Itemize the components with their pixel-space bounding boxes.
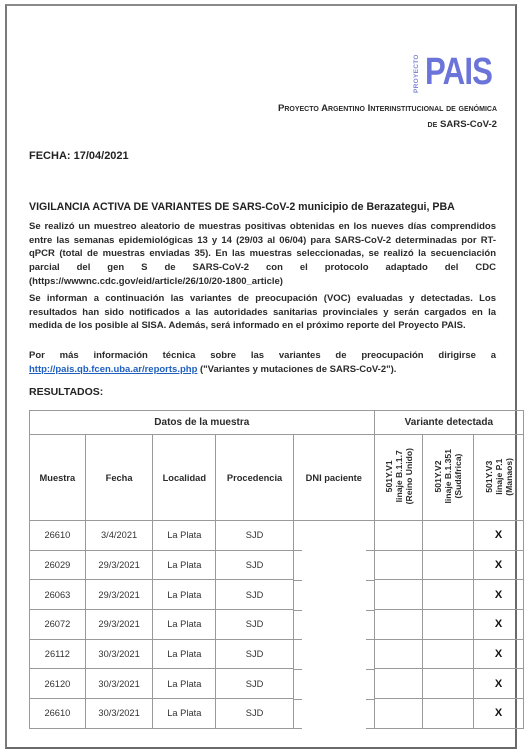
table-row: 2607229/3/2021La PlataSJDX <box>30 610 524 640</box>
cell-localidad: La Plata <box>153 639 216 669</box>
cell-localidad: La Plata <box>153 669 216 699</box>
logo-name: PAIS <box>425 50 492 94</box>
cell-muestra: 26610 <box>30 521 86 551</box>
table-row: 2661030/3/2021La PlataSJDX <box>30 699 524 729</box>
cell-v1 <box>374 550 423 580</box>
table-row: 2612030/3/2021La PlataSJDX <box>30 669 524 699</box>
cell-v2 <box>423 699 474 729</box>
more-info-text: Por más información técnica sobre las va… <box>29 350 496 361</box>
cell-muestra: 26610 <box>30 699 86 729</box>
cell-dni <box>293 639 374 669</box>
col-header-dni: DNI paciente <box>293 435 374 521</box>
cell-v2 <box>423 610 474 640</box>
cell-v2 <box>423 669 474 699</box>
cell-localidad: La Plata <box>153 699 216 729</box>
cell-v1 <box>374 699 423 729</box>
cell-muestra: 26029 <box>30 550 86 580</box>
cell-v3: X <box>474 580 524 610</box>
cell-v3: X <box>474 669 524 699</box>
report-title: VIGILANCIA ACTIVA DE VARIANTES DE SARS-C… <box>29 201 455 213</box>
col-header-localidad: Localidad <box>153 435 216 521</box>
cell-dni <box>293 550 374 580</box>
cell-procedencia: SJD <box>216 521 294 551</box>
group-header-sample: Datos de la muestra <box>30 411 375 435</box>
cell-v1 <box>374 580 423 610</box>
cell-localidad: La Plata <box>153 521 216 551</box>
cell-v2 <box>423 639 474 669</box>
cell-localidad: La Plata <box>153 550 216 580</box>
cell-localidad: La Plata <box>153 580 216 610</box>
pais-logo: PROYECTO PAIS <box>413 50 493 98</box>
cell-dni <box>293 699 374 729</box>
cell-fecha: 3/4/2021 <box>85 521 153 551</box>
cell-dni <box>293 580 374 610</box>
reports-link[interactable]: http://pais.qb.fcen.uba.ar/reports.php <box>29 364 197 375</box>
cell-procedencia: SJD <box>216 699 294 729</box>
col-header-variant-v2: 501Y.V2 linaje B.1.351 (Sudáfrica) <box>423 435 474 521</box>
cell-v3: X <box>474 610 524 640</box>
cell-muestra: 26063 <box>30 580 86 610</box>
cell-v1 <box>374 669 423 699</box>
cell-fecha: 29/3/2021 <box>85 550 153 580</box>
cell-procedencia: SJD <box>216 550 294 580</box>
paragraph-more-info: Por más información técnica sobre las va… <box>29 349 496 376</box>
cell-localidad: La Plata <box>153 610 216 640</box>
cell-procedencia: SJD <box>216 610 294 640</box>
cell-v2 <box>423 521 474 551</box>
cell-muestra: 26112 <box>30 639 86 669</box>
cell-dni <box>293 521 374 551</box>
col-header-fecha: Fecha <box>85 435 153 521</box>
col-header-muestra: Muestra <box>30 435 86 521</box>
cell-dni <box>293 610 374 640</box>
table-row: 2606329/3/2021La PlataSJDX <box>30 580 524 610</box>
cell-v2 <box>423 580 474 610</box>
organization-name: Proyecto Argentino Interinstitucional de… <box>278 101 497 133</box>
table-row: 2602929/3/2021La PlataSJDX <box>30 550 524 580</box>
cell-muestra: 26120 <box>30 669 86 699</box>
cell-v3: X <box>474 521 524 551</box>
cell-procedencia: SJD <box>216 639 294 669</box>
cell-fecha: 30/3/2021 <box>85 669 153 699</box>
cell-v2 <box>423 550 474 580</box>
report-date: FECHA: 17/04/2021 <box>29 150 129 162</box>
paragraph-methodology: Se realizó un muestreo aleatorio de mues… <box>29 220 496 289</box>
group-header-variant: Variante detectada <box>374 411 523 435</box>
cell-fecha: 30/3/2021 <box>85 699 153 729</box>
col-header-procedencia: Procedencia <box>216 435 294 521</box>
paragraph-voc-info: Se informan a continuación las variantes… <box>29 292 496 333</box>
cell-muestra: 26072 <box>30 610 86 640</box>
cell-v1 <box>374 521 423 551</box>
cell-procedencia: SJD <box>216 580 294 610</box>
cell-v3: X <box>474 639 524 669</box>
cell-v3: X <box>474 699 524 729</box>
col-header-variant-v1: 501Y.V1 linaje B.1.1.7 (Reino Unido) <box>374 435 423 521</box>
cell-v1 <box>374 639 423 669</box>
org-line-2-prefix: de <box>428 119 438 130</box>
more-info-suffix: ("Variantes y mutaciones de SARS-CoV-2")… <box>197 364 396 375</box>
results-table: Datos de la muestra Variante detectada M… <box>29 410 524 729</box>
org-line-1: Proyecto Argentino Interinstitucional de… <box>278 101 497 117</box>
cell-dni <box>293 669 374 699</box>
table-row: 266103/4/2021La PlataSJDX <box>30 521 524 551</box>
cell-fecha: 29/3/2021 <box>85 580 153 610</box>
logo-prefix: PROYECTO <box>413 54 423 94</box>
cell-v1 <box>374 610 423 640</box>
cell-v3: X <box>474 550 524 580</box>
cell-fecha: 30/3/2021 <box>85 639 153 669</box>
cell-procedencia: SJD <box>216 669 294 699</box>
table-row: 2611230/3/2021La PlataSJDX <box>30 639 524 669</box>
org-line-2-name: SARS-CoV-2 <box>440 119 497 130</box>
results-heading: RESULTADOS: <box>29 386 103 398</box>
cell-fecha: 29/3/2021 <box>85 610 153 640</box>
col-header-variant-v3: 501Y.V3 linaje P.1 (Manaos) <box>474 435 524 521</box>
